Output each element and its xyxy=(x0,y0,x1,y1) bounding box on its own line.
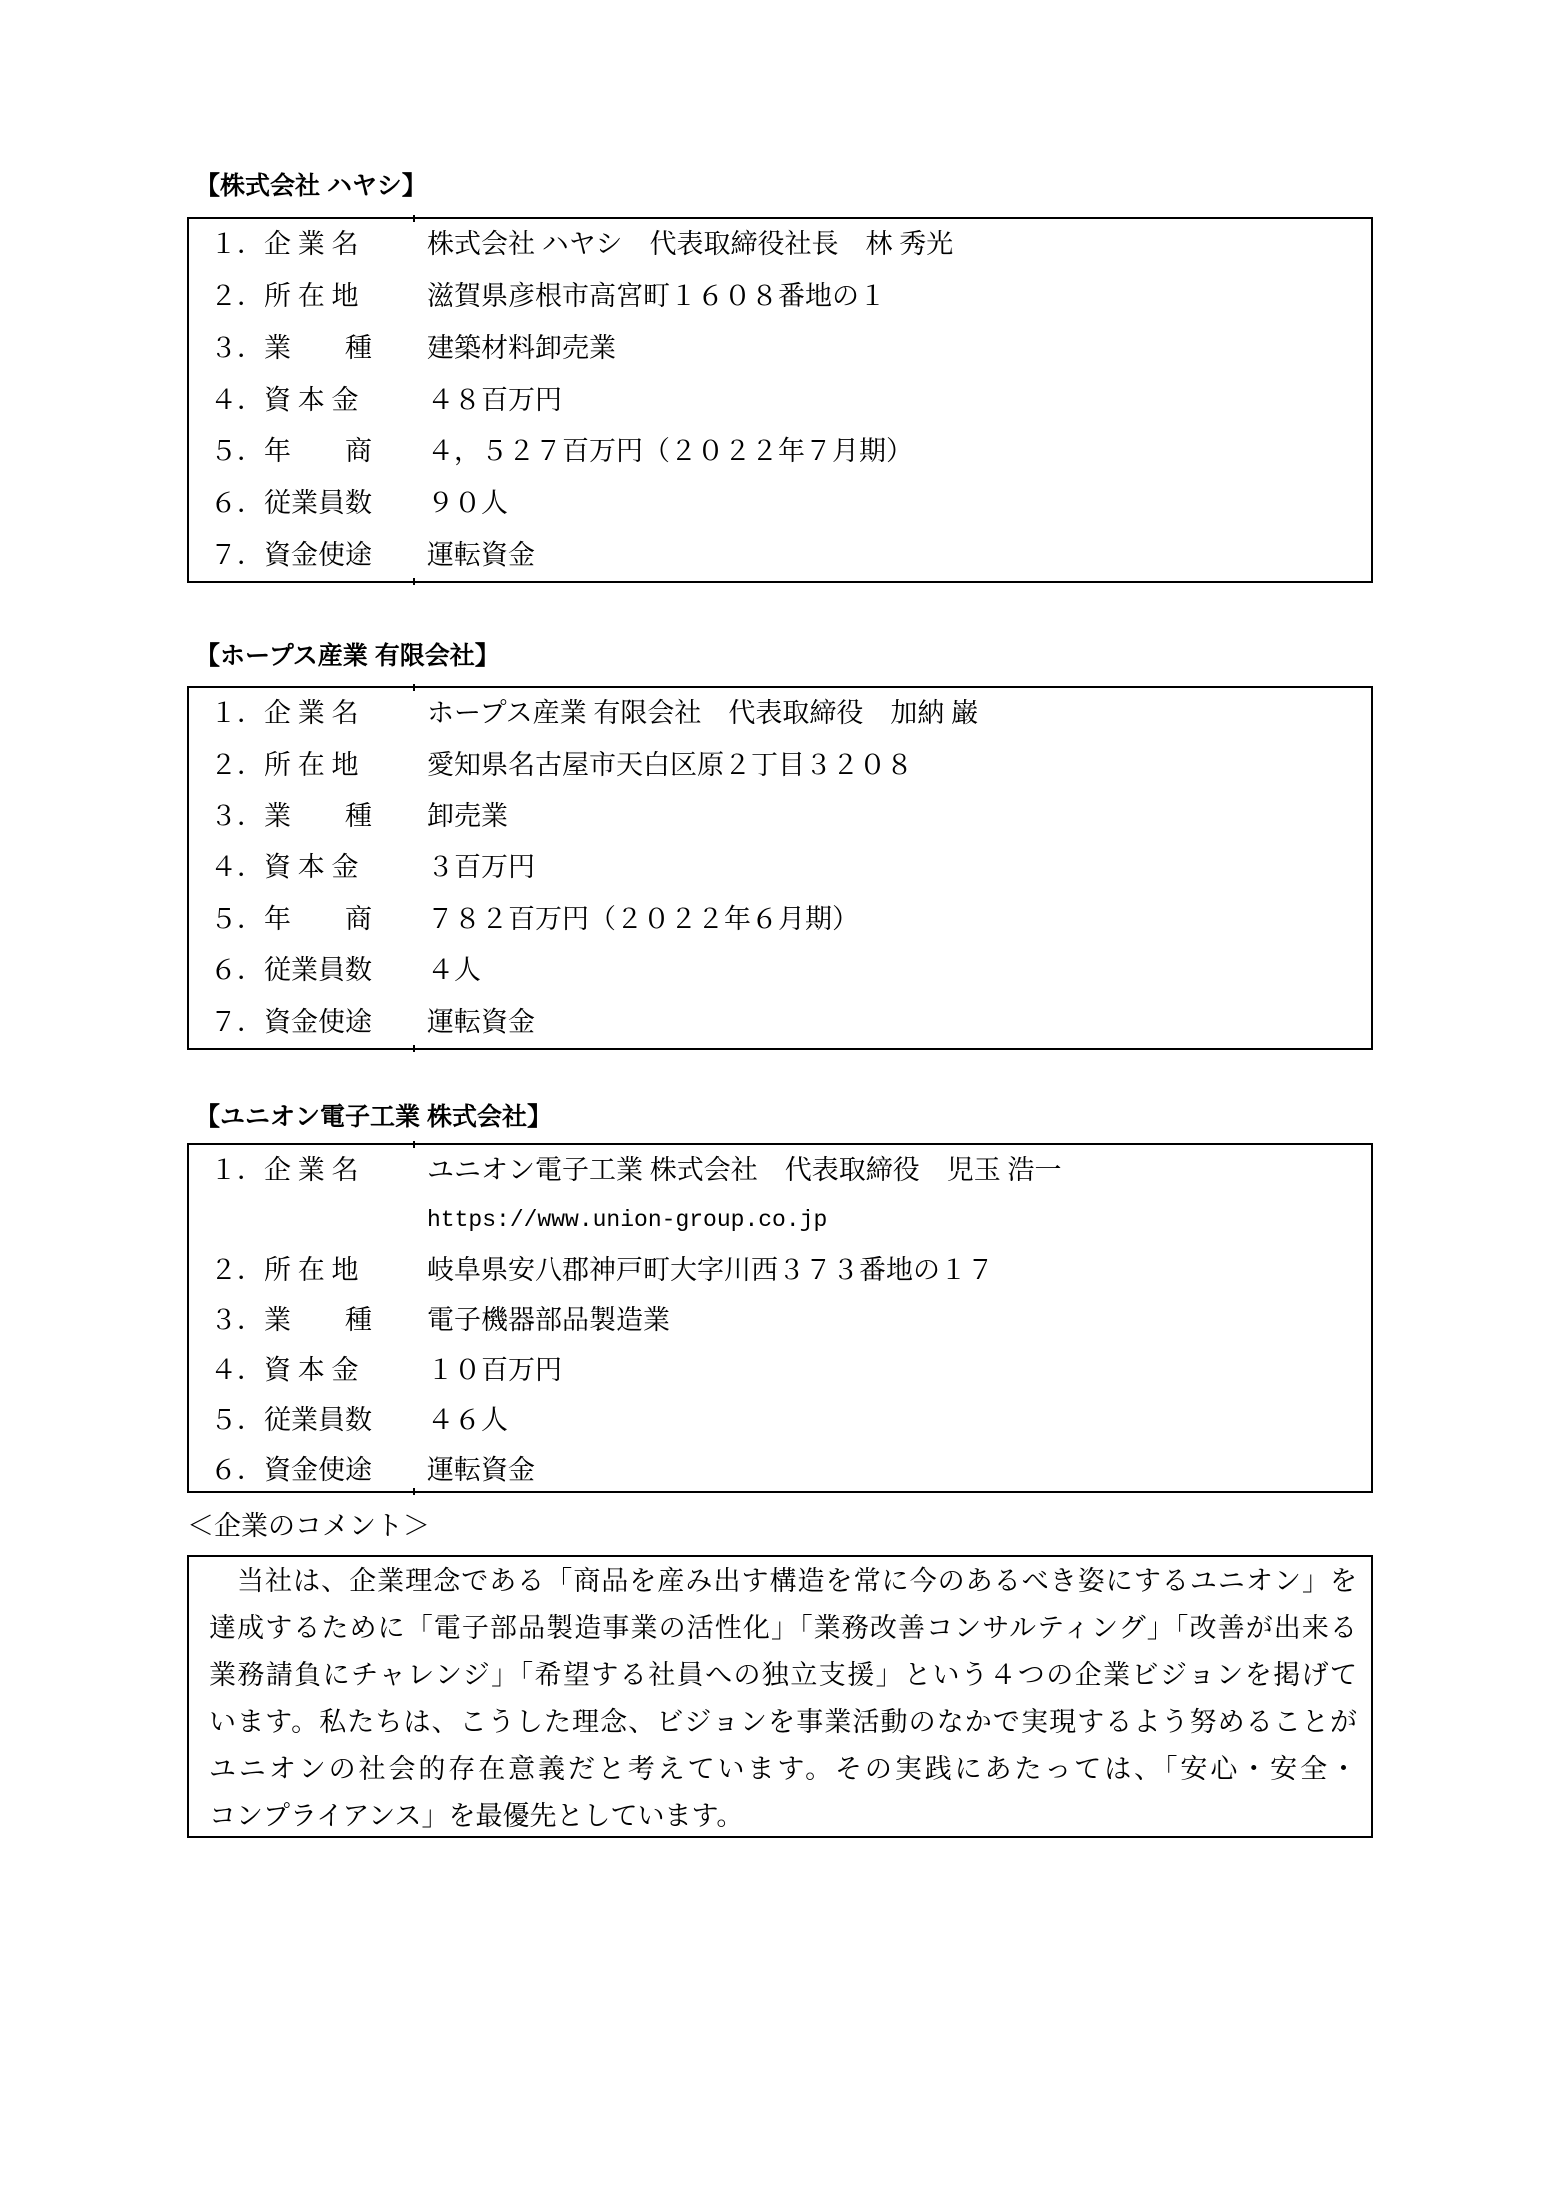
row-label: ７．資金使途 xyxy=(189,1009,427,1036)
row-value: 建築材料卸売業 xyxy=(427,335,1371,362)
row-label: ２．所 在 地 xyxy=(189,752,427,779)
row-value: ４人 xyxy=(427,957,1371,984)
row-label: ５．従業員数 xyxy=(189,1407,427,1434)
comment-line: います。私たちは、こうした理念、ビジョンを事業活動のなかで実現するよう努めること… xyxy=(209,1699,1357,1746)
row-value: 運転資金 xyxy=(427,1457,1371,1484)
column-divider-tick xyxy=(413,1141,415,1148)
table-row: ６．資金使途 運転資金 xyxy=(189,1445,1371,1495)
row-label: ２．所 在 地 xyxy=(189,283,427,310)
comment-line: 達成するために「電子部品製造事業の活性化」「業務改善コンサルティング」「改善が出… xyxy=(209,1605,1357,1652)
row-value: 運転資金 xyxy=(427,1009,1371,1036)
table-row: ２．所 在 地 愛知県名古屋市天白区原２丁目３２０８ xyxy=(189,739,1371,790)
document-page: 【株式会社 ハヤシ】 １．企 業 名 株式会社 ハヤシ 代表取締役社長 林 秀光… xyxy=(0,0,1552,2201)
table-row: ５．従業員数 ４６人 xyxy=(189,1395,1371,1445)
table-row: ５．年 商 ４，５２７百万円（２０２２年７月期） xyxy=(189,426,1371,478)
row-value: 卸売業 xyxy=(427,803,1371,830)
row-value: 電子機器部品製造業 xyxy=(427,1307,1371,1334)
row-value: 愛知県名古屋市天白区原２丁目３２０８ xyxy=(427,752,1371,779)
row-value: ユニオン電子工業 株式会社 代表取締役 児玉 浩一 xyxy=(427,1157,1371,1184)
table-row: ６．従業員数 ４人 xyxy=(189,945,1371,996)
row-label: １．企 業 名 xyxy=(189,1157,427,1184)
row-value: ４８百万円 xyxy=(427,387,1371,414)
row-value: 滋賀県彦根市高宮町１６０８番地の１ xyxy=(427,283,1371,310)
row-value: 岐阜県安八郡神戸町大字川西３７３番地の１７ xyxy=(427,1257,1371,1284)
row-label: ６．従業員数 xyxy=(189,490,427,517)
table-row: １．企 業 名 ユニオン電子工業 株式会社 代表取締役 児玉 浩一 https:… xyxy=(189,1145,1371,1245)
row-value: ４，５２７百万円（２０２２年７月期） xyxy=(427,438,1371,465)
column-divider-tick xyxy=(413,684,415,691)
section-heading-hayashi: 【株式会社 ハヤシ】 xyxy=(195,170,427,202)
row-label: ４．資 本 金 xyxy=(189,387,427,414)
row-value: ４６人 xyxy=(427,1407,1371,1434)
row-label: ３．業 種 xyxy=(189,1307,427,1334)
row-label: ６．従業員数 xyxy=(189,957,427,984)
comment-box: 当社は、企業理念である「商品を産み出す構造を常に今のあるべき姿にするユニオン」を… xyxy=(187,1555,1373,1838)
row-value: １０百万円 xyxy=(427,1357,1371,1384)
table-row: ３．業 種 電子機器部品製造業 xyxy=(189,1295,1371,1345)
column-divider-tick xyxy=(413,1488,415,1495)
company-table-hayashi: １．企 業 名 株式会社 ハヤシ 代表取締役社長 林 秀光 ２．所 在 地 滋賀… xyxy=(187,217,1373,583)
company-url: https://www.union-group.co.jp xyxy=(427,1209,1371,1232)
row-value: 運転資金 xyxy=(427,542,1371,569)
row-label: ５．年 商 xyxy=(189,438,427,465)
company-table-hopes: １．企 業 名 ホープス産業 有限会社 代表取締役 加納 巌 ２．所 在 地 愛… xyxy=(187,686,1373,1050)
comment-section-label: ＜企業のコメント＞ xyxy=(187,1510,430,1542)
column-divider-tick xyxy=(413,578,415,585)
table-row: ２．所 在 地 滋賀県彦根市高宮町１６０８番地の１ xyxy=(189,271,1371,323)
row-value: 株式会社 ハヤシ 代表取締役社長 林 秀光 xyxy=(427,231,1371,258)
table-row: １．企 業 名 株式会社 ハヤシ 代表取締役社長 林 秀光 xyxy=(189,219,1371,271)
column-divider-tick xyxy=(413,1045,415,1052)
comment-line: 業務請負にチャレンジ」「希望する社員への独立支援」という４つの企業ビジョンを掲げ… xyxy=(209,1652,1357,1699)
row-value: ７８２百万円（２０２２年６月期） xyxy=(427,906,1371,933)
section-heading-union: 【ユニオン電子工業 株式会社】 xyxy=(195,1101,552,1133)
table-row: ２．所 在 地 岐阜県安八郡神戸町大字川西３７３番地の１７ xyxy=(189,1245,1371,1295)
company-table-union: １．企 業 名 ユニオン電子工業 株式会社 代表取締役 児玉 浩一 https:… xyxy=(187,1143,1373,1493)
table-row: ６．従業員数 ９０人 xyxy=(189,478,1371,530)
row-label: ６．資金使途 xyxy=(189,1457,427,1484)
table-row: ７．資金使途 運転資金 xyxy=(189,529,1371,581)
comment-line: ユニオンの社会的存在意義だと考えています。その実践にあたっては、「安心・安全・ xyxy=(209,1746,1357,1793)
row-label: １．企 業 名 xyxy=(189,231,427,258)
table-row: ４．資 本 金 ４８百万円 xyxy=(189,374,1371,426)
row-label: ５．年 商 xyxy=(189,906,427,933)
row-label: １．企 業 名 xyxy=(189,700,427,727)
row-label: ３．業 種 xyxy=(189,335,427,362)
row-value: ホープス産業 有限会社 代表取締役 加納 巌 xyxy=(427,700,1371,727)
table-row: ４．資 本 金 １０百万円 xyxy=(189,1345,1371,1395)
row-label: ４．資 本 金 xyxy=(189,854,427,881)
table-row: １．企 業 名 ホープス産業 有限会社 代表取締役 加納 巌 xyxy=(189,688,1371,739)
table-row: ５．年 商 ７８２百万円（２０２２年６月期） xyxy=(189,894,1371,945)
table-row: ４．資 本 金 ３百万円 xyxy=(189,842,1371,893)
table-row: ７．資金使途 運転資金 xyxy=(189,997,1371,1048)
table-row: ３．業 種 卸売業 xyxy=(189,791,1371,842)
row-label: ３．業 種 xyxy=(189,803,427,830)
table-row: ３．業 種 建築材料卸売業 xyxy=(189,322,1371,374)
column-divider-tick xyxy=(413,215,415,222)
comment-line: 当社は、企業理念である「商品を産み出す構造を常に今のあるべき姿にするユニオン」を xyxy=(209,1558,1357,1605)
comment-line: コンプライアンス」を最優先としています。 xyxy=(209,1793,1357,1840)
row-value: ９０人 xyxy=(427,490,1371,517)
row-label: ２．所 在 地 xyxy=(189,1257,427,1284)
row-label: ７．資金使途 xyxy=(189,542,427,569)
row-label: ４．資 本 金 xyxy=(189,1357,427,1384)
section-heading-hopes: 【ホープス産業 有限会社】 xyxy=(195,640,500,672)
row-value: ３百万円 xyxy=(427,854,1371,881)
